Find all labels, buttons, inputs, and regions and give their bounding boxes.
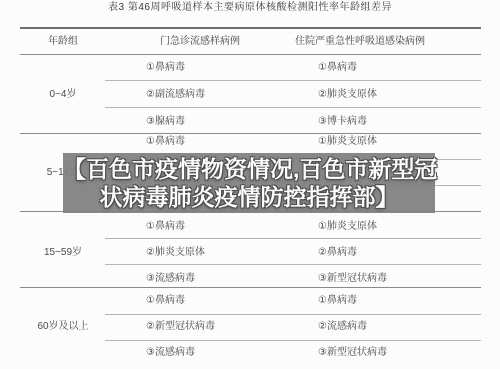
cell-sari-15-59-2: ②鼻病毒 [318,246,357,260]
cell-ili-15-59-2: ②肺炎支原体 [146,246,205,260]
cell-ili-0-4-3: ③腺病毒 [146,115,185,129]
age-label-15-59: 15~59岁 [18,246,108,260]
cell-sari-0-4-2: ②肺炎支原体 [318,88,377,102]
cell-ili-5-14-1: ①鼻病毒 [146,135,185,149]
cell-sari-15-59-3: ③新型冠状病毒 [318,272,387,286]
age-label-0-4: 0~4岁 [18,88,108,102]
watermark-text-line1: 【百色市疫情物资情况,百色市新型冠 [63,155,435,183]
table-screenshot: 表3 第46周呼吸道样本主要病原体核酸检测阳性率年龄组差异 年龄组 门急诊流感样… [0,0,500,369]
cell-sari-60plus-2: ②流感病毒 [318,320,367,334]
watermark-overlay: 【百色市疫情物资情况,百色市新型冠 状病毒肺炎疫情防控指挥部】 [63,153,435,213]
cell-sari-15-59-1: ①肺炎支原体 [318,220,377,234]
row-divider [105,80,481,81]
row-divider [105,264,481,265]
cell-ili-15-59-1: ①鼻病毒 [146,220,185,234]
cell-sari-60plus-3: ③新型冠状病毒 [318,346,387,360]
cell-ili-15-59-3: ③流感病毒 [146,272,195,286]
table-top-rule [20,27,481,29]
header-bottom-rule [20,54,481,55]
cell-sari-60plus-1: ①鼻病毒 [318,294,357,308]
row-divider [105,314,481,315]
group-divider [20,133,481,134]
cell-ili-0-4-2: ②副流感病毒 [146,88,205,102]
watermark-text-line2: 状病毒肺炎疫情防控指挥部】 [63,183,435,211]
table-title: 表3 第46周呼吸道样本主要病原体核酸检测阳性率年龄组差异 [0,0,500,15]
col-header-sari: 住院严重急性呼吸道感染病例 [260,35,460,49]
col-header-age-group: 年龄组 [18,35,108,49]
cell-ili-60plus-2: ②新型冠状病毒 [146,320,215,334]
group-divider [20,287,481,288]
row-divider [105,238,481,239]
col-header-ili: 门急诊流感样病例 [120,35,280,49]
cell-ili-0-4-1: ①鼻病毒 [146,61,185,75]
age-label-60plus: 60岁及以上 [18,320,108,334]
cell-sari-5-14-1: ①肺炎支原体 [318,135,377,149]
row-divider [105,340,481,341]
cell-sari-0-4-3: ③博卡病毒 [318,115,367,129]
cell-sari-0-4-1: ①鼻病毒 [318,61,357,75]
cell-ili-60plus-1: ①鼻病毒 [146,294,185,308]
cell-ili-60plus-3: ③流感病毒 [146,346,195,360]
row-divider [105,107,481,108]
